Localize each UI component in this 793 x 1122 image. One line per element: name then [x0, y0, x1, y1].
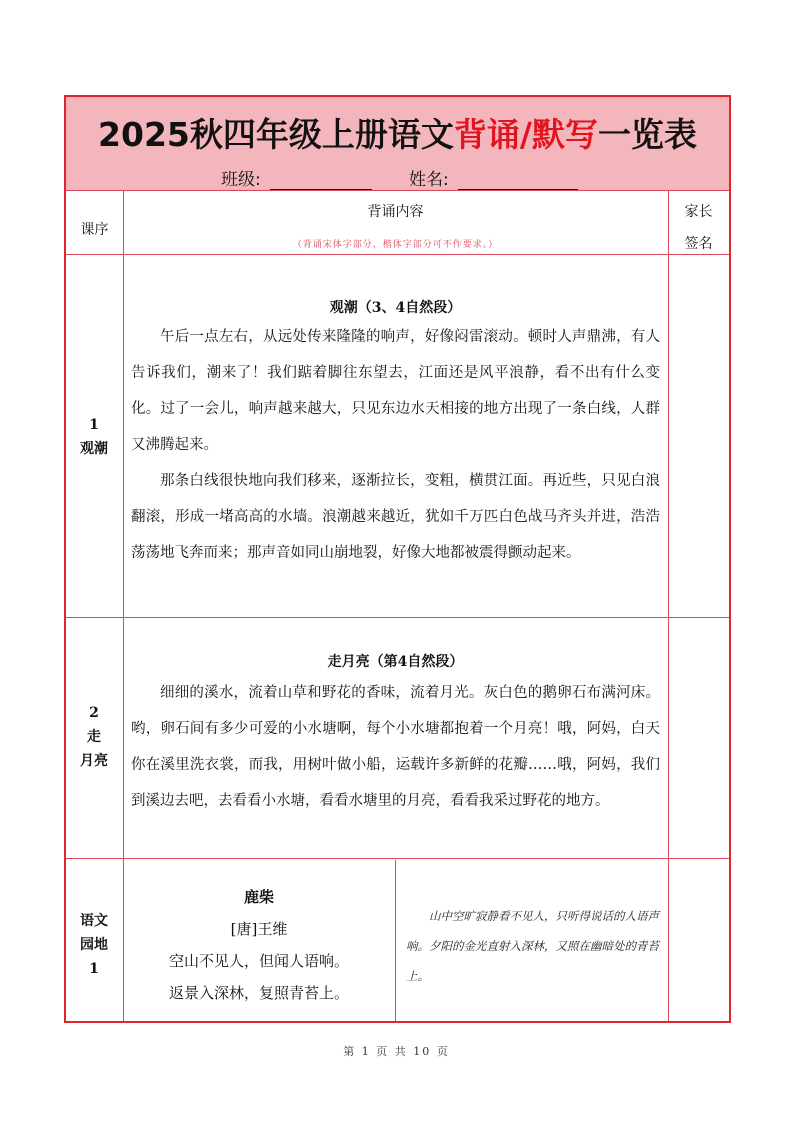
- recitation-table: 2025秋四年级上册语文背诵/默写一览表 班级: 姓名: 课序 背诵内容 （背诵…: [64, 95, 731, 1023]
- header-lesson: 课序: [66, 219, 123, 239]
- parent-signature-2[interactable]: [669, 618, 729, 858]
- lesson-1-name: 观潮: [66, 437, 122, 461]
- class-label: 班级:: [221, 170, 261, 190]
- poem-author: [唐]王维: [123, 913, 395, 945]
- poem-line-2: 返景入深林，复照青苔上。: [123, 977, 395, 1009]
- header-content: 背诵内容: [123, 201, 668, 221]
- passage-1-body: 午后一点左右，从远处传来隆隆的响声，好像闷雷滚动。顿时人声鼎沸，有人告诉我们，潮…: [123, 319, 668, 571]
- name-field: 姓名:: [409, 165, 578, 190]
- lesson-1-number: 1: [66, 413, 122, 437]
- poem-block: 鹿柴 [唐]王维 空山不见人，但闻人语响。 返景入深林，复照青苔上。: [123, 881, 395, 1009]
- passage-1-title: 观潮（3、4自然段）: [123, 297, 668, 317]
- name-blank[interactable]: [458, 173, 578, 190]
- row-divider-2: [66, 858, 729, 859]
- header-content-note: （背诵宋体字部分，楷体字部分可不作要求。）: [123, 237, 668, 250]
- lesson-2-number: 2: [66, 701, 122, 725]
- col-divider-poem: [395, 860, 396, 1021]
- name-label: 姓名:: [409, 170, 449, 190]
- lesson-3-label: 语文 园地 1: [66, 909, 122, 981]
- class-blank[interactable]: [270, 173, 372, 190]
- title-suffix: 一览表: [598, 115, 697, 154]
- class-field: 班级:: [221, 165, 372, 190]
- lesson-3-line1: 语文: [66, 909, 122, 933]
- header-sign-line2: 签名: [668, 233, 729, 253]
- title-band: 2025秋四年级上册语文背诵/默写一览表 班级: 姓名:: [66, 97, 729, 191]
- header-sign-line1: 家长: [668, 201, 729, 221]
- lesson-2-name-line1: 走: [66, 725, 122, 749]
- page-title: 2025秋四年级上册语文背诵/默写一览表: [66, 109, 729, 156]
- lesson-2-label: 2 走 月亮: [66, 701, 122, 773]
- row-divider-1: [66, 617, 729, 618]
- parent-signature-1[interactable]: [669, 255, 729, 617]
- passage-2-body: 细细的溪水，流着山草和野花的香味，流着月光。灰白色的鹅卵石布满河床。哟，卵石间有…: [123, 675, 668, 819]
- title-prefix: 2025秋四年级上册语文: [98, 115, 454, 154]
- poem-line-1: 空山不见人，但闻人语响。: [123, 945, 395, 977]
- lesson-3-line2: 园地: [66, 933, 122, 957]
- row-divider-header: [66, 254, 729, 255]
- passage-1-paragraph-1: 午后一点左右，从远处传来隆隆的响声，好像闷雷滚动。顿时人声鼎沸，有人告诉我们，潮…: [131, 319, 660, 463]
- title-highlight: 背诵/默写: [454, 115, 598, 154]
- poem-title: 鹿柴: [123, 881, 395, 913]
- poem-translation: 山中空旷寂静看不见人，只听得说话的人语声响。夕阳的金光直射入深林，又照在幽暗处的…: [406, 901, 666, 991]
- passage-2-title: 走月亮（第4自然段）: [123, 651, 668, 671]
- parent-signature-3[interactable]: [669, 859, 729, 1021]
- page-number: 第 1 页 共 10 页: [0, 1043, 793, 1059]
- passage-1-paragraph-2: 那条白线很快地向我们移来，逐渐拉长，变粗，横贯江面。再近些，只见白浪翻滚，形成一…: [131, 463, 660, 571]
- passage-2-paragraph-1: 细细的溪水，流着山草和野花的香味，流着月光。灰白色的鹅卵石布满河床。哟，卵石间有…: [131, 675, 660, 819]
- lesson-2-name-line2: 月亮: [66, 749, 122, 773]
- poem-translation-text: 山中空旷寂静看不见人，只听得说话的人语声响。夕阳的金光直射入深林，又照在幽暗处的…: [406, 901, 666, 991]
- lesson-1-label: 1 观潮: [66, 413, 122, 461]
- lesson-3-line3: 1: [66, 957, 122, 981]
